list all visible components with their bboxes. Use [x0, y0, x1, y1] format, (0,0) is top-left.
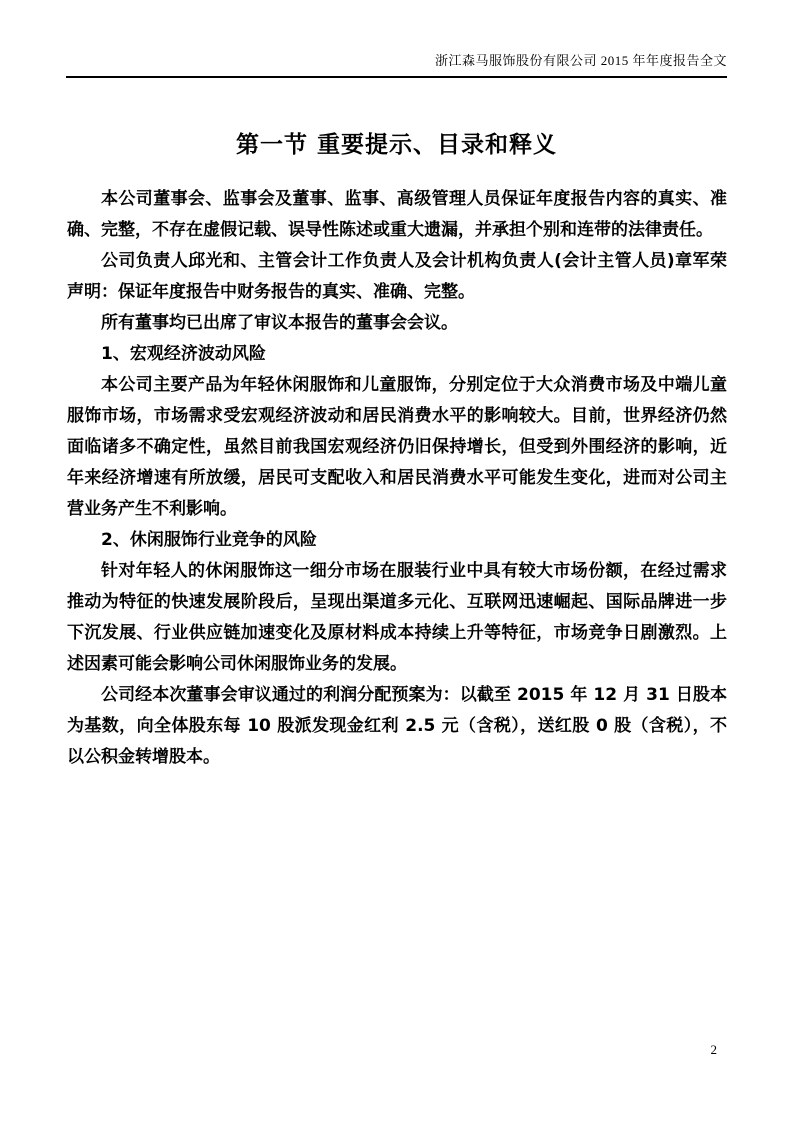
page-number: 2 [711, 1042, 718, 1058]
report-page: 浙江森马服饰股份有限公司 2015 年年度报告全文 第一节 重要提示、目录和释义… [0, 0, 793, 1122]
risk-heading: 1、宏观经济波动风险 [67, 339, 727, 370]
section-title: 第一节 重要提示、目录和释义 [66, 126, 727, 159]
paragraph: 本公司董事会、监事会及董事、监事、高级管理人员保证年度报告内容的真实、准确、完整… [67, 184, 727, 246]
document-body: 本公司董事会、监事会及董事、监事、高级管理人员保证年度报告内容的真实、准确、完整… [67, 184, 727, 773]
paragraph: 公司负责人邱光和、主管会计工作负责人及会计机构负责人(会计主管人员)章军荣声明：… [67, 246, 727, 308]
paragraph: 所有董事均已出席了审议本报告的董事会会议。 [67, 308, 727, 339]
paragraph: 本公司主要产品为年轻休闲服饰和儿童服饰，分别定位于大众消费市场及中端儿童服饰市场… [67, 370, 727, 525]
page-header: 浙江森马服饰股份有限公司 2015 年年度报告全文 [66, 50, 727, 78]
risk-heading: 2、休闲服饰行业竞争的风险 [67, 525, 727, 556]
header-text: 浙江森马服饰股份有限公司 2015 年年度报告全文 [435, 53, 727, 68]
paragraph: 公司经本次董事会审议通过的利润分配预案为：以截至 2015 年 12 月 31 … [67, 680, 727, 773]
paragraph: 针对年轻人的休闲服饰这一细分市场在服装行业中具有较大市场份额，在经过需求推动为特… [67, 556, 727, 680]
